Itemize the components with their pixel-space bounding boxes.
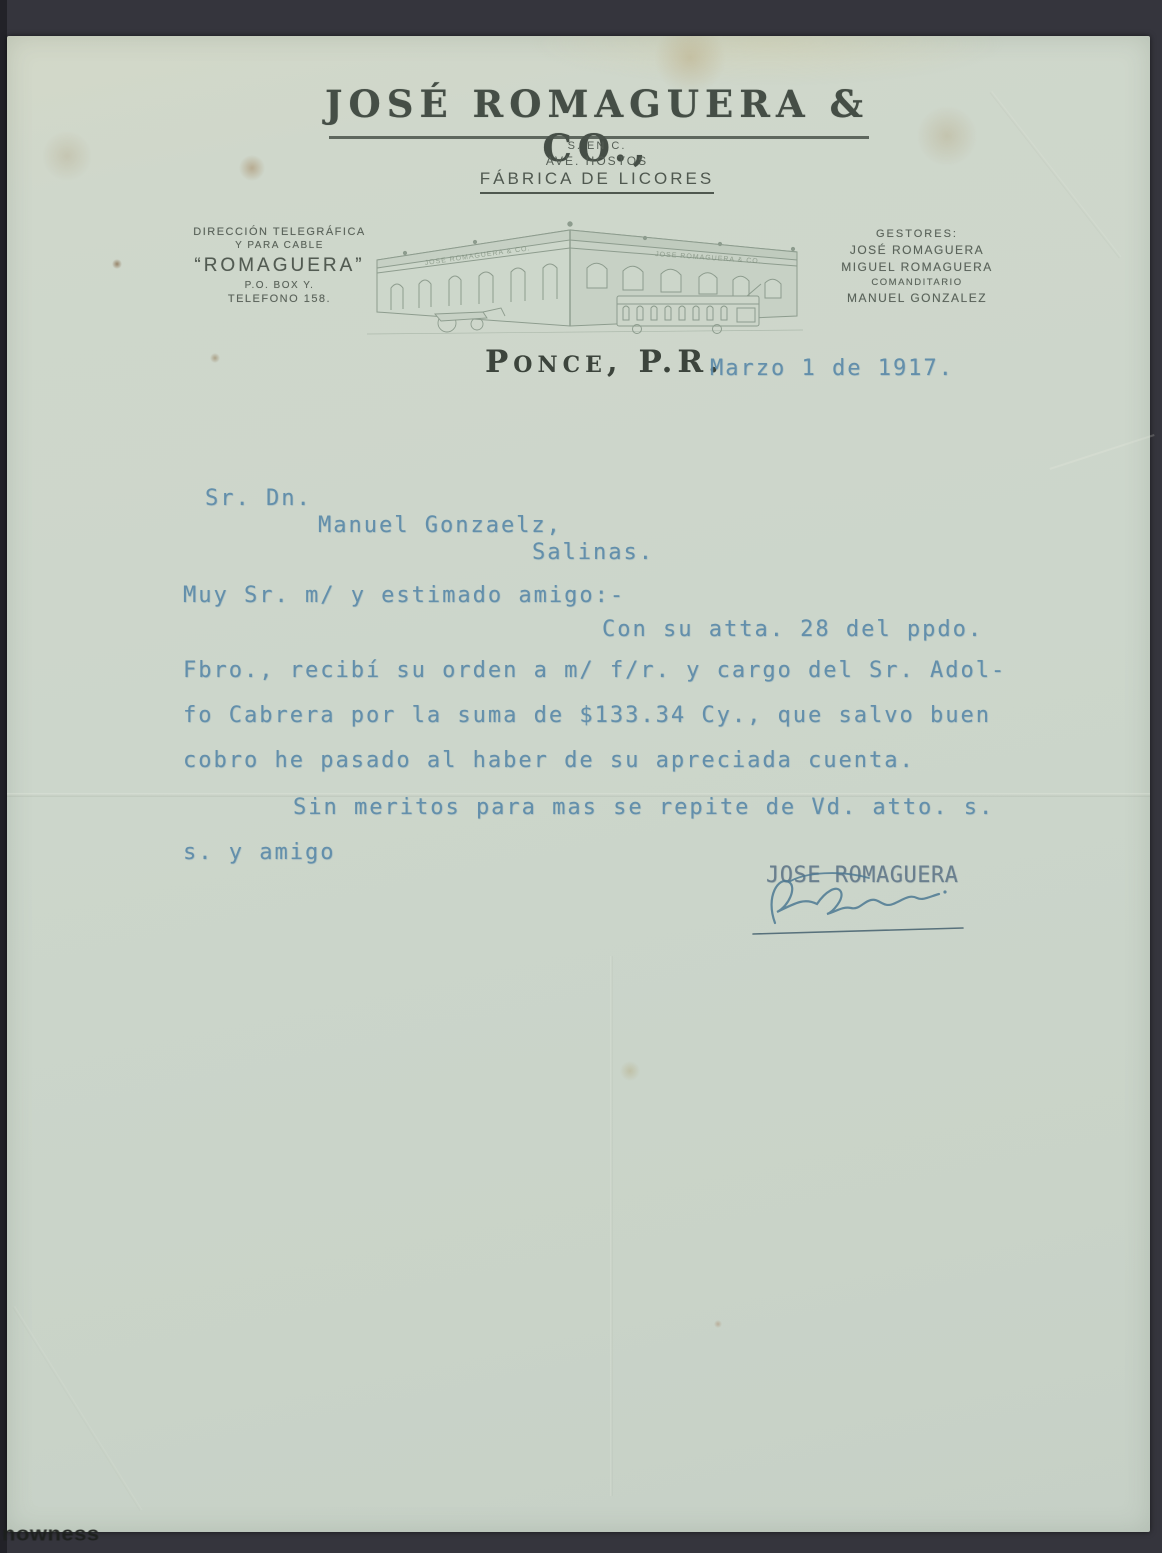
recipient-name: Manuel Gonzaelz, [318, 513, 562, 538]
manager-name-2: MIGUEL ROMAGUERA [802, 260, 1032, 274]
company-underline [329, 136, 869, 139]
company-type: S. EN C. [307, 140, 887, 152]
manager-name-3: MANUEL GONZALEZ [802, 291, 1032, 305]
factory-building-illustration: JOSE ROMAGUERA & CO. JOSE ROMAGUERA & CO… [365, 196, 805, 351]
recipient-city: Salinas. [532, 540, 654, 565]
recipient-prefix: Sr. Dn. [205, 486, 312, 511]
company-tagline: FÁBRICA DE LICORES [307, 169, 887, 194]
scanned-letter: JOSÉ ROMAGUERA & CO., S. EN C. AVE. HOST… [0, 0, 1162, 1553]
body-opening: Con su atta. 28 del ppdo. [602, 617, 983, 642]
body-line-3: cobro he pasado al haber de su apreciada… [183, 748, 915, 773]
fold-crease-vertical [610, 956, 613, 1496]
manager-name-1: JOSÉ ROMAGUERA [802, 243, 1032, 257]
letter-paper: JOSÉ ROMAGUERA & CO., S. EN C. AVE. HOST… [7, 36, 1150, 1532]
handwritten-signature [745, 868, 975, 946]
salutation: Muy Sr. m/ y estimado amigo:- [183, 583, 625, 608]
dateline-place: Ponce, P.R. [485, 344, 724, 380]
body-line-1: Fbro., recibí su orden a m/ f/r. y cargo… [183, 658, 1006, 683]
body-line-2: fo Cabrera por la suma de $133.34 Cy., q… [183, 703, 991, 728]
managers-title: GESTORES: [802, 228, 1032, 240]
closing-line-1: Sin meritos para mas se repite de Vd. at… [293, 795, 994, 820]
company-tagline-text: FÁBRICA DE LICORES [480, 169, 714, 194]
manager-role: COMANDITARIO [802, 277, 1032, 288]
managers-block: GESTORES: JOSÉ ROMAGUERA MIGUEL ROMAGUER… [802, 228, 1032, 305]
company-address: AVE. HOSTOS [307, 154, 887, 168]
typed-date: Marzo 1 de 1917. [710, 356, 954, 381]
fold-crease-bottom-left [12, 1306, 142, 1511]
fold-crease-right [1049, 434, 1154, 470]
closing-line-2: s. y amigo [183, 840, 335, 865]
corner-watermark: nowness [2, 1522, 100, 1546]
